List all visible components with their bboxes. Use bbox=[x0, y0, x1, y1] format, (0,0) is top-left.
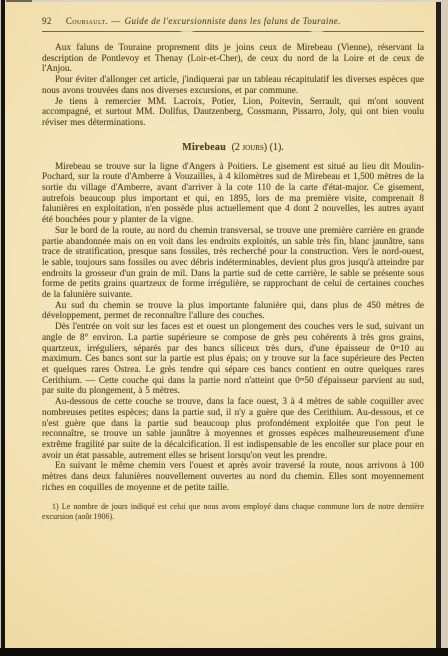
body-paragraph: En suivant le même chemin vers l'ouest e… bbox=[42, 461, 424, 493]
body-text: Aux faluns de Touraine proprement dits j… bbox=[42, 43, 424, 493]
running-header-title: Guide de l'excursionniste dans les falun… bbox=[125, 16, 341, 26]
scanned-book-page: 92 Couriault. — Guide de l'excursionnist… bbox=[0, 0, 448, 656]
running-header-separator: — bbox=[111, 16, 120, 26]
running-header: 92 Couriault. — Guide de l'excursionnist… bbox=[42, 16, 424, 26]
body-paragraph: Mirebeau se trouve sur la ligne d'Angers… bbox=[42, 162, 424, 226]
body-paragraph: Au-dessous de cette couche se trouve, da… bbox=[42, 397, 424, 461]
scan-edge-right-light bbox=[440, 0, 448, 656]
section-heading: Mirebeau (2 jours) (1). bbox=[42, 142, 424, 153]
body-paragraph: Sur le bord de la route, au nord du chem… bbox=[42, 226, 424, 301]
body-paragraph: Je tiens à remercier MM. Lacroix, Potier… bbox=[42, 97, 424, 129]
scan-corner-artifact bbox=[6, 0, 32, 2]
body-paragraph: Au sud du chemin se trouve la plus impor… bbox=[42, 301, 424, 322]
section-heading-detail: (2 jours) (1). bbox=[232, 142, 284, 153]
scan-edge-bottom bbox=[0, 648, 448, 656]
body-paragraph: Pour éviter d'allonger cet article, j'in… bbox=[42, 75, 424, 96]
header-rule bbox=[42, 31, 424, 32]
scan-edge-left bbox=[1, 0, 5, 656]
body-paragraph: Dès l'entrée on voit sur les faces est e… bbox=[42, 322, 424, 397]
scan-edge-right-dark bbox=[436, 2, 441, 656]
scan-edge-top bbox=[0, 0, 448, 2]
page-number: 92 bbox=[42, 16, 52, 26]
body-paragraph: Aux faluns de Touraine proprement dits j… bbox=[42, 43, 424, 75]
section-heading-name: Mirebeau bbox=[182, 142, 226, 153]
footnote: 1) Le nombre de jours indiqué est celui … bbox=[42, 502, 424, 521]
running-header-author: Couriault. bbox=[66, 16, 108, 26]
page-content: 92 Couriault. — Guide de l'excursionnist… bbox=[42, 16, 424, 522]
